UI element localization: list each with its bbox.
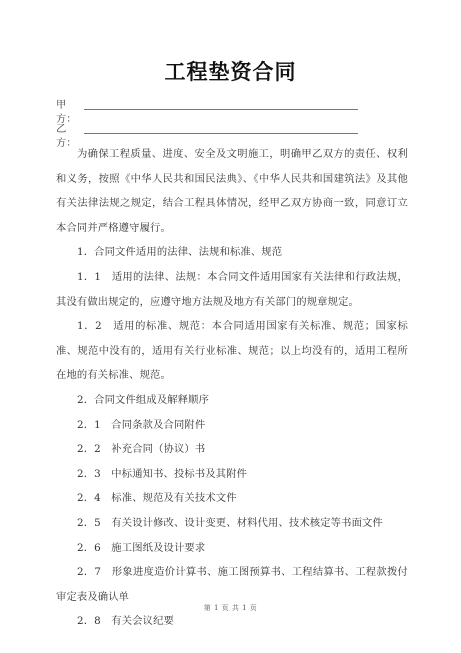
- intro-paragraph: 为确保工程质量、进度、安全及文明施工，明确甲乙双方的责任、权利和义务，按照《中华…: [56, 142, 408, 240]
- party-a-field: 甲方：: [56, 98, 84, 112]
- document-title: 工程垫资合同: [0, 56, 461, 86]
- party-a-blank-line: [84, 109, 358, 110]
- clause-2-6: 2．6 施工图纸及设计要求: [56, 536, 408, 561]
- section-heading-1: 1．合同文件适用的法律、法规和标准、规范: [56, 240, 408, 265]
- contract-body: 为确保工程质量、进度、安全及文明施工，明确甲乙双方的责任、权利和义务，按照《中华…: [56, 142, 408, 634]
- clause-2-7: 2．7 形象进度造价计算书、施工图预算书、工程结算书、工程款拨付审定表及确认单: [56, 560, 408, 609]
- party-b-field: 乙方：: [56, 122, 84, 136]
- clause-2-3: 2．3 中标通知书、投标书及其附件: [56, 462, 408, 487]
- clause-1-1: 1．1 适用的法律、法规：本合同文件适用国家有关法律和行政法规，其没有做出规定的…: [56, 265, 408, 314]
- page-number-footer: 第 1 页 共 1 页: [0, 603, 461, 613]
- clause-2-2: 2．2 补充合同（协议）书: [56, 437, 408, 462]
- clause-2-4: 2．4 标准、规范及有关技术文件: [56, 486, 408, 511]
- clause-2-5: 2．5 有关设计修改、设计变更、材料代用、技术核定等书面文件: [56, 511, 408, 536]
- clause-2-1: 2．1 合同条款及合同附件: [56, 413, 408, 438]
- section-heading-2: 2．合同文件组成及解释顺序: [56, 388, 408, 413]
- clause-1-2: 1．2 适用的标准、规范：本合同适用国家有关标准、规范；国家标准、规范中没有的，…: [56, 314, 408, 388]
- party-b-blank-line: [84, 133, 358, 134]
